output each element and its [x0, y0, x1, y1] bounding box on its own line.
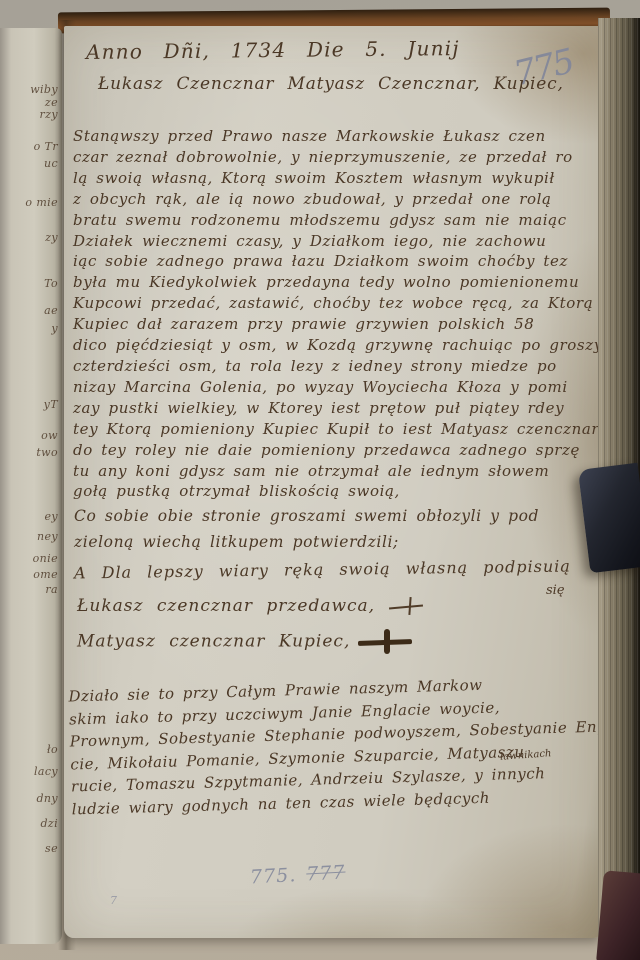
body-line: bratu swemu rodzonemu młodszemu gdysz sa…: [73, 210, 600, 231]
body-line: nizay Marcina Golenia, po wyzay Woyciech…: [73, 377, 600, 398]
parties-heading: Łukasz Czencznar Matyasz Czencznar, Kupi…: [98, 74, 564, 94]
left-page-text-fragment: wiby: [30, 83, 58, 96]
body-line: do tey roley nie daie pomieniony przedaw…: [73, 440, 600, 461]
signature-buyer: Matyasz czencznar Kupiec,: [77, 632, 350, 652]
pencil-number-struck: 777: [306, 862, 346, 886]
left-page-text-fragment: uc: [44, 157, 58, 170]
left-page-text-fragment: ło: [47, 743, 58, 756]
left-page-text-fragment: two: [36, 446, 58, 459]
body-line: tu any koni gdysz sam nie otrzymał ale i…: [73, 461, 600, 482]
body-line: tey Ktorą pomieniony Kupiec Kupił to ies…: [73, 419, 600, 440]
left-page-text-fragment: yT: [44, 398, 58, 411]
body-line: czterdzieści osm, ta rola lezy z iedney …: [73, 356, 600, 377]
closing-witness-paragraph: Działo sie to przy Całym Prawie naszym M…: [68, 671, 600, 821]
left-page-text-fragment: ow: [41, 429, 58, 442]
date-heading: Anno Dñi, 1734 Die 5. Junij: [86, 36, 460, 64]
body-line: lą swoią własną, Ktorą swoim Kosztem wła…: [73, 168, 600, 189]
left-page-text-fragment: ae: [44, 304, 58, 317]
body-line: Stanąwszy przed Prawo nasze Markowskie Ł…: [73, 126, 600, 147]
left-page-edge: wiby ze rzy o Tr uc o mie zy To ae y yT …: [0, 28, 62, 944]
pencil-number: 775.: [249, 864, 296, 888]
left-page-text-fragment: dny: [36, 792, 58, 805]
left-page-text-fragment: se: [45, 842, 58, 855]
signature-cross-mark: [358, 630, 412, 654]
left-page-text-fragment: y: [51, 322, 58, 335]
signature-row: Łukasz czencznar przedawca,: [77, 596, 423, 616]
body-line: zay pustki wielkiey, w Ktorey iest pręto…: [73, 398, 600, 419]
left-page-text-fragment: ome: [33, 568, 58, 581]
left-page-text-fragment: To: [44, 277, 58, 290]
left-page-text-fragment: lacy: [34, 765, 58, 778]
body-line: Działek wiecznemi czasy, y Działkom iego…: [73, 231, 600, 252]
left-page-text-fragment: o Tr: [34, 140, 58, 153]
signature-cross-mark: [389, 598, 423, 616]
manuscript-photo: wiby ze rzy o Tr uc o mie zy To ae y yT …: [0, 0, 640, 960]
manuscript-page: Anno Dñi, 1734 Die 5. Junij Łukasz Czenc…: [64, 26, 600, 938]
left-page-text-fragment: zy: [45, 231, 58, 244]
attestation-carryover: się: [546, 583, 565, 598]
body-line: dico pięćdziesiąt y osm, w Kozdą grzywnę…: [73, 335, 600, 356]
left-page-text-fragment: onie: [33, 552, 58, 565]
left-page-text-fragment: o mie: [25, 196, 58, 209]
folio-number-pencil: 775: [510, 41, 577, 94]
body-line: czar zeznał dobrowolnie, y nieprzymuszen…: [73, 147, 600, 168]
signature-row: Matyasz czencznar Kupiec,: [77, 630, 412, 654]
pencil-small-mark: 7: [110, 894, 117, 907]
body-line: iąc sobie zadnego prawa łazu Działkom sw…: [73, 251, 600, 272]
attestation-line: A Dla lepszy wiary ręką swoią własną pod…: [74, 557, 571, 583]
left-page-text-fragment: ney: [37, 530, 58, 543]
left-page-text-fragment: dzi: [40, 817, 58, 830]
body-line: z obcych rąk, ale ią nowo zbudował, y pr…: [73, 189, 600, 210]
signature-seller: Łukasz czencznar przedawca,: [77, 596, 375, 616]
book-cover-corner: [596, 870, 640, 960]
left-page-text-fragment: rzy: [40, 108, 58, 121]
left-page-text-fragment: ra: [45, 583, 58, 596]
litkup-clause-paragraph: Co sobie obie stronie groszami swemi obł…: [74, 503, 594, 555]
archival-pencil-numbers: 775.777: [249, 862, 346, 889]
body-line: Kupiec dał zarazem przy prawie grzywien …: [73, 314, 600, 335]
record-body-paragraph: Stanąwszy przed Prawo nasze Markowskie Ł…: [73, 126, 600, 502]
body-line: gołą pustką otrzymał bliskością swoią,: [73, 481, 600, 502]
body-line: zieloną wiechą litkupem potwierdzili;: [74, 529, 594, 555]
left-page-text-fragment: ey: [44, 510, 58, 523]
body-line: była mu Kiedykolwiek przedayna tedy woln…: [73, 272, 600, 293]
body-line: Co sobie obie stronie groszami swemi obł…: [74, 503, 594, 529]
body-line: Kupcowi przedać, zastawić, choćby tez wo…: [73, 293, 600, 314]
